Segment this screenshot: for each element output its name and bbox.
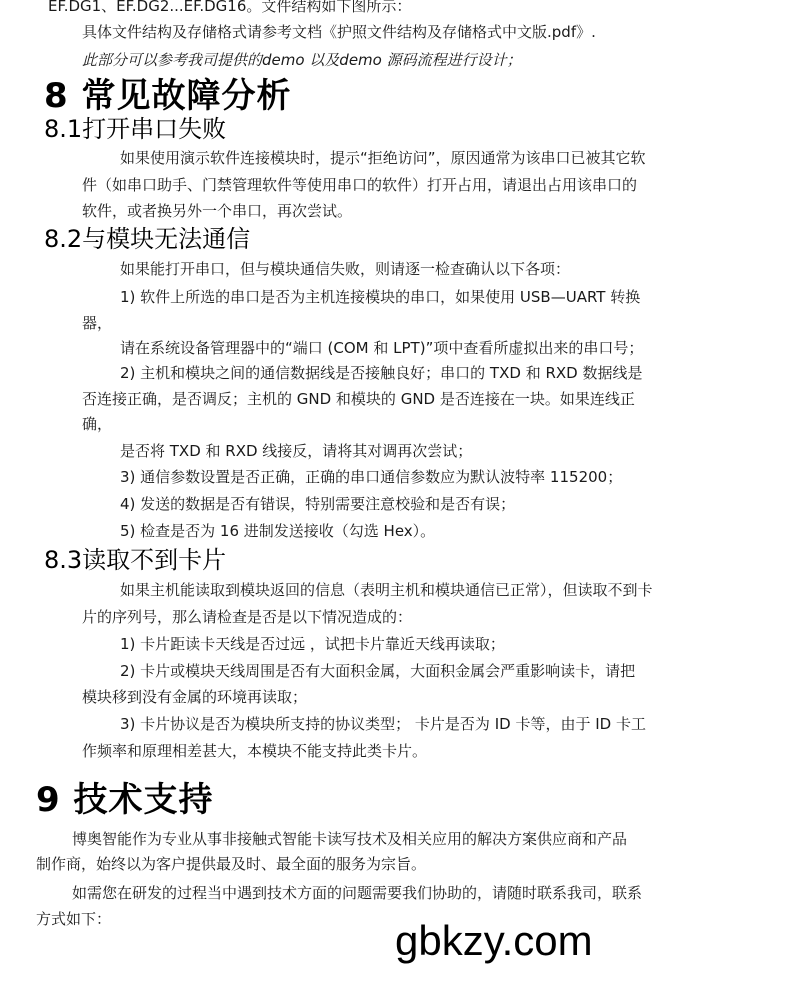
- section-8-3-line: 2) 卡片或模块天线周围是否有大面积金属，大面积金属会严重影响读卡，请把: [120, 661, 635, 681]
- section-8-2-line: 器，: [82, 313, 112, 333]
- section-8-heading: 8 常见故障分析: [44, 76, 292, 116]
- section-9-line: 制作商，始终以为客户提供最及时、最全面的服务为宗旨。: [36, 854, 426, 874]
- section-9-heading: 9 技术支持: [36, 780, 214, 820]
- section-8-2-line: 4) 发送的数据是否有错误，特别需要注意校验和是否有误；: [120, 494, 515, 514]
- section-8-1-line: 如果使用演示软件连接模块时，提示“拒绝访问”，原因通常为该串口已被其它软: [120, 148, 646, 168]
- section-9-line: 博奥智能作为专业从事非接触式智能卡读写技术及相关应用的解决方案供应商和产品: [72, 829, 627, 849]
- intro-line-2: 具体文件结构及存储格式请参考文档《护照文件结构及存储格式中文版.pdf》.: [82, 22, 596, 42]
- section-8-2-line: 请在系统设备管理器中的“端口 (COM 和 LPT)”项中查看所虚拟出来的串口号…: [120, 338, 643, 358]
- section-8-1-line: 软件，或者换另外一个串口，再次尝试。: [82, 201, 352, 221]
- section-8-3-line: 3) 卡片协议是否为模块所支持的协议类型； 卡片是否为 ID 卡等，由于 ID …: [120, 714, 646, 734]
- intro-line-1: EF.DG1、EF.DG2...EF.DG16。文件结构如下图所示：: [48, 0, 411, 16]
- section-8-2-line: 是否将 TXD 和 RXD 线接反，请将其对调再次尝试；: [120, 441, 472, 461]
- section-8-2-line: 5) 检查是否为 16 进制发送接收（勾选 Hex）。: [120, 521, 435, 541]
- intro-line-3: 此部分可以参考我司提供的demo 以及demo 源码流程进行设计；: [82, 50, 522, 70]
- section-8-3-heading: 8.3读取不到卡片: [44, 545, 226, 575]
- section-8-2-line: 2) 主机和模块之间的通信数据线是否接触良好；串口的 TXD 和 RXD 数据线…: [120, 363, 642, 383]
- section-8-2-line: 1) 软件上所选的串口是否为主机连接模块的串口，如果使用 USB—UART 转换: [120, 287, 640, 307]
- section-8-3-line: 如果主机能读取到模块返回的信息（表明主机和模块通信已正常），但读取不到卡: [120, 580, 653, 600]
- section-8-2-line: 否连接正确，是否调反；主机的 GND 和模块的 GND 是否连接在一块。如果连线…: [82, 389, 635, 409]
- section-8-3-line: 作频率和原理相差甚大，本模块不能支持此类卡片。: [82, 741, 427, 761]
- section-9-line: 方式如下：: [36, 909, 111, 929]
- section-8-2-line: 确，: [82, 414, 112, 434]
- section-8-2-line: 如果能打开串口，但与模块通信失败，则请逐一检查确认以下各项：: [120, 259, 570, 279]
- section-8-3-line: 片的序列号，那么请检查是否是以下情况造成的：: [82, 607, 412, 627]
- watermark-text: gbkzy.com: [395, 917, 593, 965]
- section-8-3-line: 1) 卡片距读卡天线是否过远 ，试把卡片靠近天线再读取；: [120, 634, 505, 654]
- section-8-1-line: 件（如串口助手、门禁管理软件等使用串口的软件）打开占用，请退出占用该串口的: [82, 175, 637, 195]
- section-8-2-heading: 8.2与模块无法通信: [44, 224, 250, 254]
- section-8-2-line: 3) 通信参数设置是否正确，正确的串口通信参数应为默认波特率 115200；: [120, 467, 622, 487]
- section-8-1-heading: 8.1打开串口失败: [44, 114, 226, 144]
- section-9-line: 如需您在研发的过程当中遇到技术方面的问题需要我们协助的，请随时联系我司，联系: [72, 883, 642, 903]
- section-8-3-line: 模块移到没有金属的环境再读取；: [82, 687, 307, 707]
